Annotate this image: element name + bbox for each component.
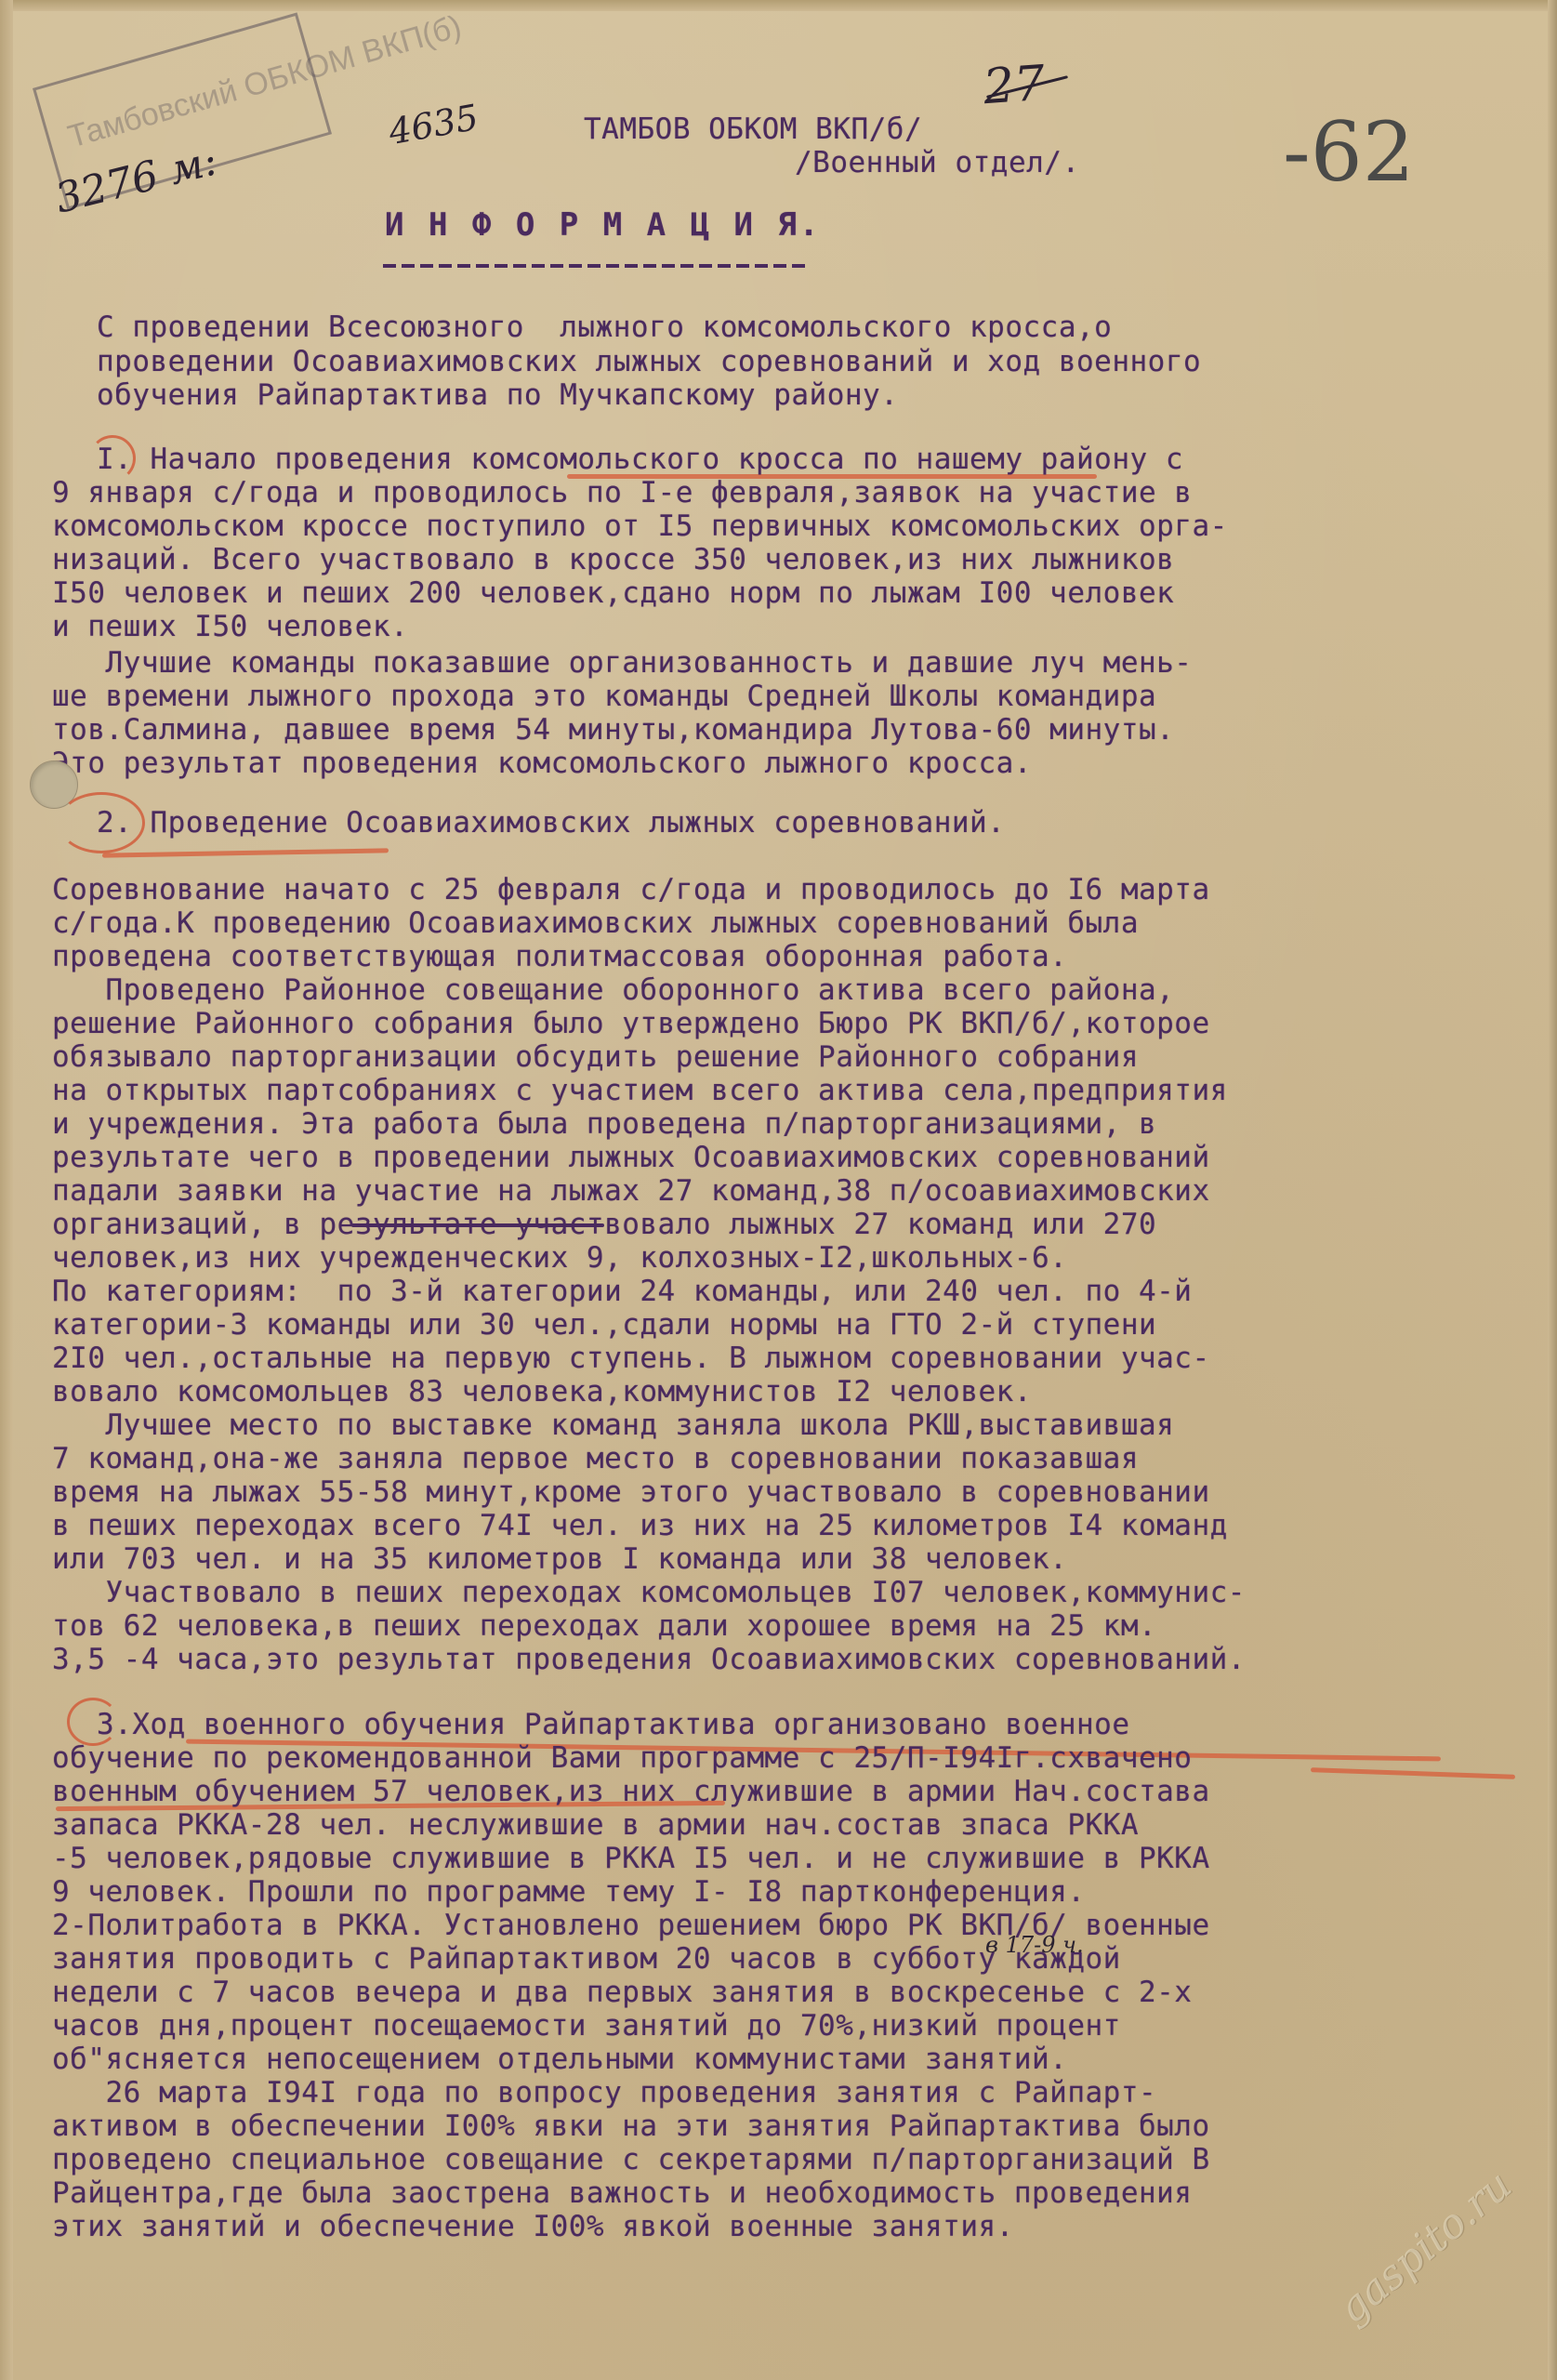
section2-line-1: Соревнование начато с 25 февраля с/года … [52, 874, 1210, 906]
section2-line-10: падали заявки на участие на лыжах 27 ком… [52, 1175, 1210, 1208]
section2-line-9: результате чего в проведении лыжных Осоа… [52, 1142, 1210, 1174]
section2-line-8: и учреждения. Эта работа была проведена … [52, 1108, 1156, 1141]
section3-line-9: недели с 7 часов вечера и два первых зан… [52, 1977, 1192, 2009]
section1-line-6: и пеших I50 человек. [52, 611, 408, 643]
section2-heading: 2. Проведение Осоавиахимовских лыжных со… [97, 807, 1005, 840]
section2-line-15: 2I0 чел.,остальные на первую ступень. В … [52, 1342, 1210, 1375]
section1-para2-line-2: ше времени лыжного прохода это команды С… [52, 681, 1156, 713]
section2-line-20: в пеших переходах всего 74I чел. из них … [52, 1510, 1228, 1542]
section2-line-16: вовало комсомольцев 83 человека,коммунис… [52, 1376, 1032, 1408]
section2-line-19: время на лыжах 55-58 минут,кроме этого у… [52, 1476, 1210, 1509]
section1-para2-line-3: тов.Салмина, давшее время 54 минуты,кома… [52, 714, 1174, 747]
section3-line-8: занятия проводить с Райпартактивом 20 ча… [52, 1943, 1121, 1976]
org-header-line1: ТАМБОВ ОБКОМ ВКП/б/ [584, 113, 922, 146]
document-page: Тамбовский ОБКОМ ВКП(б) 3276 м: 4635 27 … [0, 0, 1557, 2380]
red-underline-2 [102, 848, 389, 857]
pencil-page-number: -62 [1283, 104, 1415, 200]
section3-line-5: -5 человек,рядовые служившие в РККА I5 ч… [52, 1843, 1210, 1875]
archive-watermark: gaspito.ru [1329, 2162, 1521, 2333]
section2-line-24: 3,5 -4 часа,это результат проведения Осо… [52, 1644, 1246, 1676]
section1-para2-line-4: Это результат проведения комсомольского … [52, 747, 1032, 780]
intro-line-3: обучения Райпартактива по Мучкапскому ра… [97, 379, 898, 412]
section1-line-2: 9 января с/года и проводилось по I-е фев… [52, 477, 1192, 509]
section3-line-6: 9 человек. Прошли по программе тему I- I… [52, 1876, 1086, 1909]
section2-line-17: Лучшее место по выставке команд заняла ш… [52, 1409, 1174, 1442]
intro-line-1: С проведении Всесоюзного лыжного комсомо… [97, 311, 1112, 344]
section3-line-3: военным обучением 57 человек,из них служ… [52, 1776, 1210, 1808]
section3-line-13: активом в обеспечении I00% явки на эти з… [52, 2110, 1210, 2143]
section2-line-11: организаций, в результате участвовало лы… [52, 1209, 1156, 1241]
section2-line-5: решение Районного собрания было утвержде… [52, 1008, 1210, 1040]
section3-line-11: об"ясняется непосещением отдельными комм… [52, 2043, 1067, 2076]
section3-line-14: проведено специальное совещание с секрет… [52, 2144, 1210, 2176]
section3-line-15: Райцентра,где была заострена важность и … [52, 2177, 1192, 2210]
section2-line-18: 7 команд,она-же заняла первое место в со… [52, 1443, 1139, 1475]
section3-line-2: обучение по рекомендованной Вами програм… [52, 1742, 1192, 1775]
section1-line-1: I. Начало проведения комсомольского крос… [97, 443, 1183, 476]
section2-line-22: Участвовало в пеших переходах комсомольц… [52, 1577, 1246, 1609]
section2-line-21: или 703 чел. и на 35 километров I команд… [52, 1543, 1067, 1576]
section2-line-14: категории-3 команды или 30 чел.,сдали но… [52, 1309, 1156, 1342]
typed-strikethrough [351, 1223, 604, 1227]
section2-line-23: тов 62 человека,в пеших переходах дали х… [52, 1610, 1156, 1643]
section1-line-5: I50 человек и пеших 200 человек,сдано но… [52, 577, 1174, 610]
section2-line-13: По категориям: по 3-й категории 24 коман… [52, 1276, 1192, 1308]
section3-line-12: 26 марта I94I года по вопросу проведения… [52, 2077, 1156, 2109]
handwritten-incoming-number: 4635 [386, 97, 482, 152]
org-header-line2: /Военный отдел/. [795, 147, 1080, 179]
section2-line-4: Проведено Районное совещание оборонного … [52, 974, 1174, 1007]
section3-line-10: часов дня,процент посещаемости занятий д… [52, 2010, 1121, 2043]
section2-line-6: обязывало парторганизации обсудить решен… [52, 1041, 1139, 1074]
section3-line-1: 3.Ход военного обучения Райпартактива ор… [97, 1709, 1130, 1741]
page-right-edge [1548, 0, 1557, 2380]
section2-line-12: человек,из них учрежденческих 9, колхозн… [52, 1242, 1067, 1275]
section3-line-16: этих занятий и обеспечение I00% явкой во… [52, 2211, 1014, 2243]
red-underline-3c [1311, 1767, 1515, 1779]
section1-line-3: комсомольском кроссе поступило от I5 пер… [52, 510, 1228, 543]
page-left-edge [0, 0, 13, 2380]
section2-line-7: на открытых партсобраниях с участием все… [52, 1075, 1228, 1107]
title-underline [383, 264, 811, 268]
section3-line-4: запаса РККА-28 чел. неслужившие в армии … [52, 1809, 1139, 1842]
section1-line-4: низаций. Всего участвовало в кроссе 350 … [52, 544, 1174, 576]
section2-line-3: проведена соответствующая политмассовая … [52, 941, 1067, 973]
section2-line-2: с/года.К проведению Осоавиахимовских лыж… [52, 907, 1139, 940]
document-title: И Н Ф О Р М А Ц И Я. [385, 209, 821, 242]
page-top-edge [0, 0, 1557, 11]
intro-line-2: проведении Осоавиахимовских лыжных сорев… [97, 346, 1201, 378]
section1-para2-line-1: Лучшие команды показавшие организованнос… [52, 647, 1192, 680]
